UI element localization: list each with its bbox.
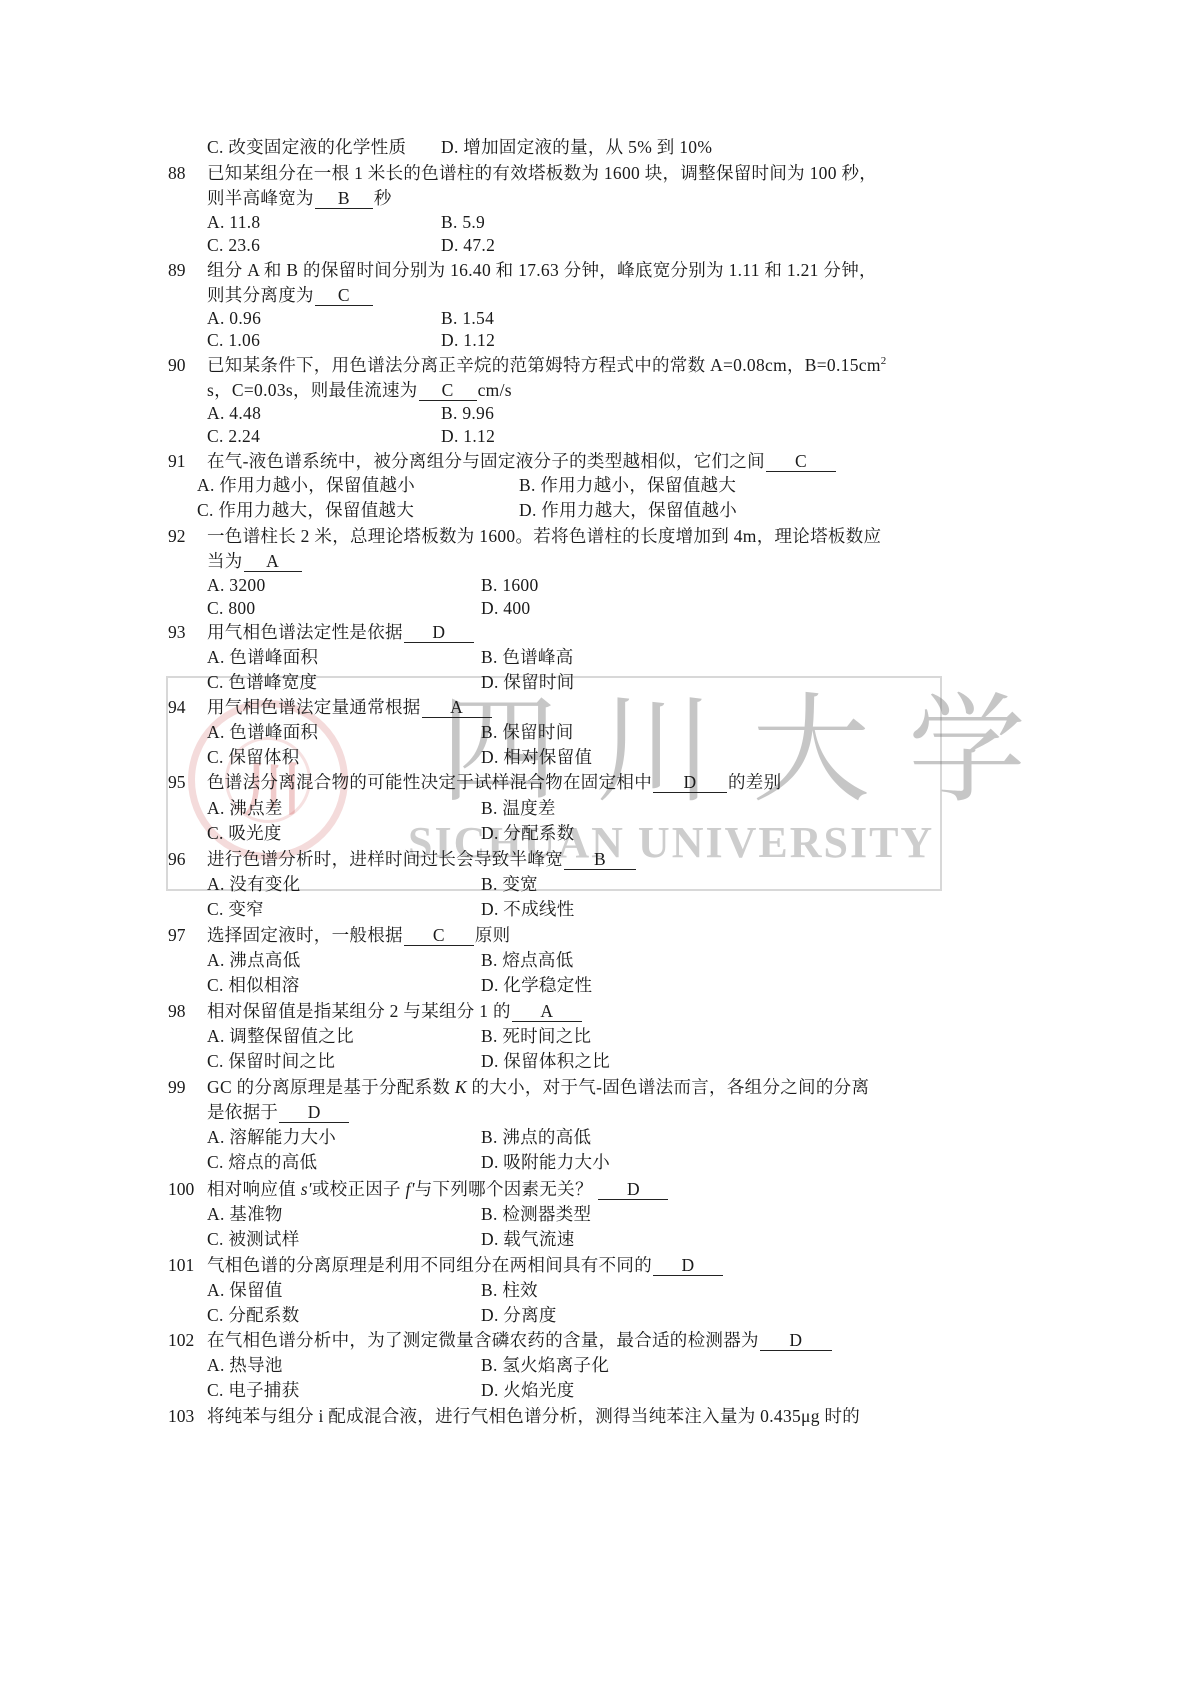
stem-text: 的大小，对于气-固色谱法而言，各组分之间的分离: [467, 1077, 869, 1097]
stem-text: 相对响应值: [207, 1179, 301, 1199]
question-number: 94: [168, 696, 186, 718]
question-stem: 在气相色谱分析中，为了测定微量含磷农药的含量，最合适的检测器为D: [207, 1329, 833, 1351]
option-d: D. 载气流速: [481, 1228, 575, 1250]
option-c: C. 1.06: [207, 329, 260, 351]
answer-blank: D: [404, 622, 474, 643]
question-stem: 一色谱柱长 2 米，总理论塔板数为 1600。若将色谱柱的长度增加到 4m，理论…: [207, 525, 881, 547]
answer-blank: C: [766, 451, 836, 472]
answer-blank: C: [419, 380, 477, 401]
question-stem: 已知某条件下，用色谱法分离正辛烷的范第姆特方程式中的常数 A=0.08cm，B=…: [207, 354, 887, 376]
question-stem-cont: 则其分离度为C: [207, 284, 374, 306]
option-d: D. 相对保留值: [481, 746, 592, 768]
option-d: D. 保留时间: [481, 671, 575, 693]
stem-text: 用气相色谱法定量通常根据: [207, 697, 421, 717]
option-b: B. 死时间之比: [481, 1025, 591, 1047]
variable-f: f': [406, 1179, 415, 1199]
option-b: B. 作用力越小，保留值越大: [519, 474, 736, 496]
answer-blank: D: [653, 772, 727, 793]
question-number: 88: [168, 162, 186, 184]
option-c: C. 电子捕获: [207, 1379, 300, 1401]
option-d: D. 分配系数: [481, 822, 575, 844]
stem-text: s，C=0.03s，则最佳流速为: [207, 380, 418, 400]
answer-blank: B: [564, 849, 636, 870]
question-number: 92: [168, 525, 186, 547]
option-b: B. 1600: [481, 574, 539, 596]
document-page: 川 四川大学 SICHUAN UNIVERSITY C. 改变固定液的化学性质 …: [0, 0, 1200, 1697]
variable-s: s': [301, 1179, 312, 1199]
option-b: B. 温度差: [481, 797, 556, 819]
option-b: B. 氢火焰离子化: [481, 1354, 609, 1376]
option-b: B. 1.54: [441, 307, 494, 329]
stem-text: 与下列哪个因素无关？: [415, 1179, 593, 1199]
answer-blank: B: [315, 188, 373, 209]
option-b: B. 色谱峰高: [481, 646, 574, 668]
option-a: A. 沸点高低: [207, 949, 301, 971]
option-c: C. 被测试样: [207, 1228, 300, 1250]
question-number: 96: [168, 848, 186, 870]
stem-suffix: 原则: [475, 925, 511, 945]
question-number: 98: [168, 1000, 186, 1022]
stem-text: 在气-液色谱系统中，被分离组分与固定液分子的类型越相似，它们之间: [207, 451, 765, 471]
option-c: C. 相似相溶: [207, 974, 300, 996]
option-a: A. 11.8: [207, 211, 260, 233]
stem-text: GC 的分离原理是基于分配系数: [207, 1077, 455, 1097]
stem-text: 气相色谱的分离原理是利用不同组分在两相间具有不同的: [207, 1255, 652, 1275]
option-d: D. 400: [481, 597, 530, 619]
option-a: A. 基准物: [207, 1203, 283, 1225]
question-stem: 气相色谱的分离原理是利用不同组分在两相间具有不同的D: [207, 1254, 724, 1276]
stem-text: 用气相色谱法定性是依据: [207, 622, 403, 642]
option-a: A. 色谱峰面积: [207, 721, 318, 743]
option-a: A. 3200: [207, 574, 266, 596]
stem-suffix: 秒: [374, 188, 392, 208]
option-c: C. 分配系数: [207, 1304, 300, 1326]
stem-text: 则其分离度为: [207, 285, 314, 305]
question-stem-cont: 是依据于D: [207, 1101, 350, 1123]
superscript: 2: [881, 355, 887, 367]
option-d: D. 火焰光度: [481, 1379, 575, 1401]
carryover-option-d: D. 增加固定液的量，从 5% 到 10%: [441, 136, 712, 158]
stem-text: 进行色谱分析时，进样时间过长会导致半峰宽: [207, 849, 563, 869]
option-c: C. 保留时间之比: [207, 1050, 335, 1072]
question-stem: 在气-液色谱系统中，被分离组分与固定液分子的类型越相似，它们之间C: [207, 450, 837, 472]
question-stem: 组分 A 和 B 的保留时间分别为 16.40 和 17.63 分钟，峰底宽分别…: [207, 259, 877, 281]
option-a: A. 4.48: [207, 402, 261, 424]
stem-text: 已知某条件下，用色谱法分离正辛烷的范第姆特方程式中的常数 A=0.08cm，B=…: [207, 355, 881, 375]
question-stem-cont: 当为A: [207, 550, 303, 572]
option-c: C. 变窄: [207, 898, 264, 920]
question-number: 95: [168, 771, 186, 793]
option-b: B. 9.96: [441, 402, 494, 424]
option-c: C. 800: [207, 597, 255, 619]
question-stem: 相对响应值 s'或校正因子 f'与下列哪个因素无关？ D: [207, 1178, 669, 1200]
question-number: 91: [168, 450, 186, 472]
answer-blank: A: [244, 551, 302, 572]
answer-blank: D: [279, 1102, 349, 1123]
stem-text: 相对保留值是指某组分 2 与某组分 1 的: [207, 1001, 511, 1021]
answer-blank: C: [315, 285, 373, 306]
question-stem: 将纯苯与组分 i 配成混合液，进行气相色谱分析，测得当纯苯注入量为 0.435μ…: [207, 1405, 860, 1427]
option-b: B. 熔点高低: [481, 949, 574, 971]
option-c: C. 作用力越大，保留值越大: [197, 499, 414, 521]
variable-k: K: [455, 1077, 467, 1097]
question-stem: 进行色谱分析时，进样时间过长会导致半峰宽B: [207, 848, 637, 870]
stem-suffix: cm/s: [478, 380, 512, 400]
option-a: A. 色谱峰面积: [207, 646, 318, 668]
option-c: C. 23.6: [207, 234, 260, 256]
option-d: D. 47.2: [441, 234, 495, 256]
option-a: A. 调整保留值之比: [207, 1025, 354, 1047]
option-a: A. 沸点差: [207, 797, 283, 819]
question-stem: 用气相色谱法定量通常根据A: [207, 696, 493, 718]
option-b: B. 沸点的高低: [481, 1126, 591, 1148]
option-d: D. 化学稳定性: [481, 974, 592, 996]
question-number: 99: [168, 1076, 186, 1098]
question-number: 90: [168, 354, 186, 376]
stem-suffix: 的差别: [728, 772, 781, 792]
option-d: D. 保留体积之比: [481, 1050, 610, 1072]
stem-text: 色谱法分离混合物的可能性决定于试样混合物在固定相中: [207, 772, 652, 792]
option-b: B. 保留时间: [481, 721, 574, 743]
answer-blank: D: [653, 1255, 723, 1276]
answer-blank: D: [760, 1330, 832, 1351]
question-stem: GC 的分离原理是基于分配系数 K 的大小，对于气-固色谱法而言，各组分之间的分…: [207, 1076, 869, 1098]
option-c: C. 2.24: [207, 425, 260, 447]
question-number: 103: [168, 1405, 194, 1427]
option-d: D. 分离度: [481, 1304, 557, 1326]
question-stem: 相对保留值是指某组分 2 与某组分 1 的A: [207, 1000, 583, 1022]
answer-blank: C: [404, 925, 474, 946]
stem-text: 在气相色谱分析中，为了测定微量含磷农药的含量，最合适的检测器为: [207, 1330, 759, 1350]
question-number: 102: [168, 1329, 194, 1351]
option-d: D. 作用力越大，保留值越小: [519, 499, 737, 521]
question-stem: 用气相色谱法定性是依据D: [207, 621, 475, 643]
stem-text: 或校正因子: [312, 1179, 406, 1199]
question-number: 89: [168, 259, 186, 281]
option-b: B. 5.9: [441, 211, 485, 233]
question-stem-cont: s，C=0.03s，则最佳流速为Ccm/s: [207, 379, 512, 401]
question-stem: 色谱法分离混合物的可能性决定于试样混合物在固定相中D的差别: [207, 771, 781, 793]
option-c: C. 保留体积: [207, 746, 300, 768]
carryover-option-c: C. 改变固定液的化学性质: [207, 136, 406, 158]
option-d: D. 1.12: [441, 425, 495, 447]
option-d: D. 不成线性: [481, 898, 575, 920]
question-stem: 已知某组分在一根 1 米长的色谱柱的有效塔板数为 1600 块，调整保留时间为 …: [207, 162, 877, 184]
option-b: B. 检测器类型: [481, 1203, 591, 1225]
answer-blank: A: [422, 697, 492, 718]
option-a: A. 没有变化: [207, 873, 301, 895]
option-d: D. 1.12: [441, 329, 495, 351]
option-a: A. 热导池: [207, 1354, 283, 1376]
option-a: A. 0.96: [207, 307, 261, 329]
option-c: C. 熔点的高低: [207, 1151, 317, 1173]
option-b: B. 柱效: [481, 1279, 538, 1301]
question-number: 93: [168, 621, 186, 643]
option-a: A. 作用力越小，保留值越小: [197, 474, 415, 496]
option-a: A. 溶解能力大小: [207, 1126, 336, 1148]
question-number: 101: [168, 1254, 194, 1276]
stem-text: 则半高峰宽为: [207, 188, 314, 208]
option-d: D. 吸附能力大小: [481, 1151, 610, 1173]
answer-blank: A: [512, 1001, 582, 1022]
question-stem: 选择固定液时，一般根据C原则: [207, 924, 510, 946]
stem-text: 选择固定液时，一般根据: [207, 925, 403, 945]
question-stem-cont: 则半高峰宽为B秒: [207, 187, 392, 209]
question-list: C. 改变固定液的化学性质 D. 增加固定液的量，从 5% 到 10% 88 已…: [0, 0, 1200, 1697]
stem-text: 是依据于: [207, 1102, 278, 1122]
stem-text: 当为: [207, 551, 243, 571]
answer-blank: D: [598, 1179, 668, 1200]
question-number: 100: [168, 1178, 194, 1200]
option-b: B. 变宽: [481, 873, 538, 895]
option-a: A. 保留值: [207, 1279, 283, 1301]
question-number: 97: [168, 924, 186, 946]
option-c: C. 色谱峰宽度: [207, 671, 317, 693]
option-c: C. 吸光度: [207, 822, 282, 844]
